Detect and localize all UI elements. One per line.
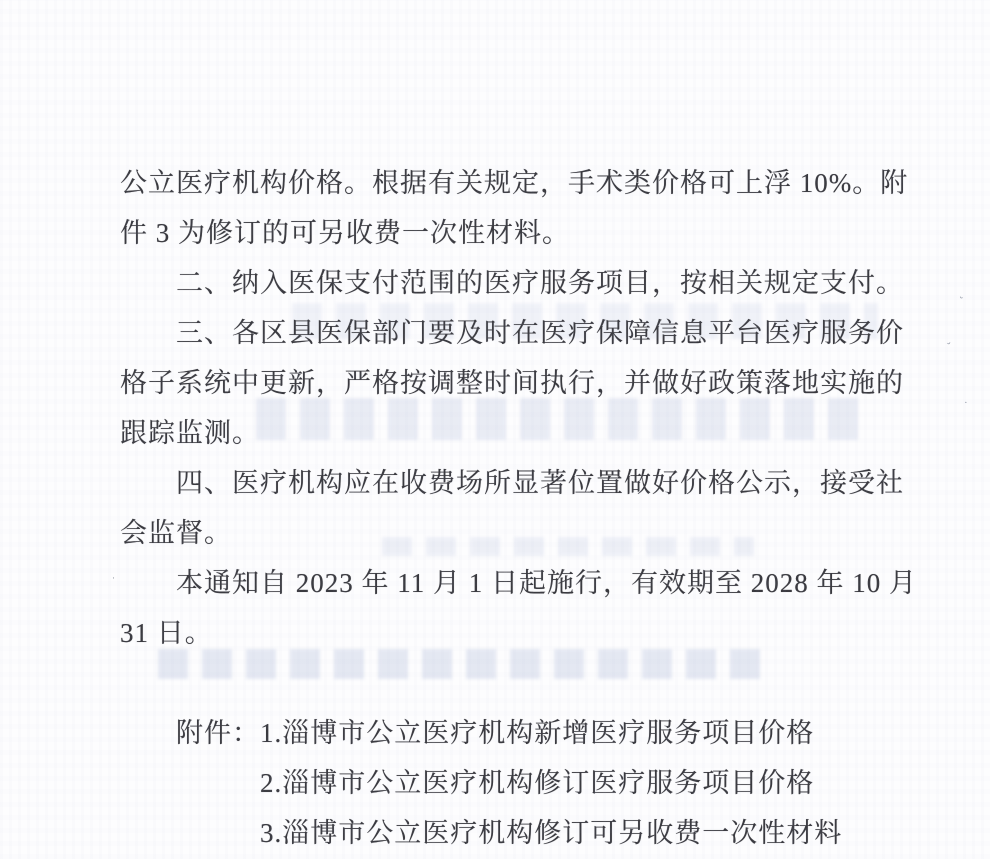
document-line: 公立医疗机构价格。根据有关规定，手术类价格可上浮 10%。附 xyxy=(120,158,880,208)
document-line: 格子系统中更新，严格按调整时间执行，并做好政策落地实施的 xyxy=(120,358,880,408)
document-line: 会监督。 xyxy=(120,508,880,558)
blank-line xyxy=(120,658,880,708)
document-line: 31 日。 xyxy=(120,608,880,658)
document-line: 件 3 为修订的可另收费一次性材料。 xyxy=(120,208,880,258)
document-line: 本通知自 2023 年 11 月 1 日起施行，有效期至 2028 年 10 月 xyxy=(120,558,880,608)
attachment-list-line: 3.淄博市公立医疗机构修订可另收费一次性材料 xyxy=(120,808,880,858)
attachment-list-line: 2.淄博市公立医疗机构修订医疗服务项目价格 xyxy=(120,758,880,808)
document-line: 二、纳入医保支付范围的医疗服务项目，按相关规定支付。 xyxy=(120,258,880,308)
document-line: 跟踪监测。 xyxy=(120,408,880,458)
document-body: 公立医疗机构价格。根据有关规定，手术类价格可上浮 10%。附 件 3 为修订的可… xyxy=(120,158,880,858)
scan-speck: ˘ xyxy=(956,296,963,308)
document-line: 三、各区县医保部门要及时在医疗保障信息平台医疗服务价 xyxy=(120,308,880,358)
document-line: 四、医疗机构应在收费场所显著位置做好价格公示，接受社 xyxy=(120,458,880,508)
scan-speck: · xyxy=(112,574,115,583)
attachment-list-line: 附件：1.淄博市公立医疗机构新增医疗服务项目价格 xyxy=(120,708,880,758)
scan-speck: ˇ xyxy=(947,342,953,354)
scan-speck: · xyxy=(964,398,968,409)
scanned-page: 公立医疗机构价格。根据有关规定，手术类价格可上浮 10%。附 件 3 为修订的可… xyxy=(0,0,990,859)
